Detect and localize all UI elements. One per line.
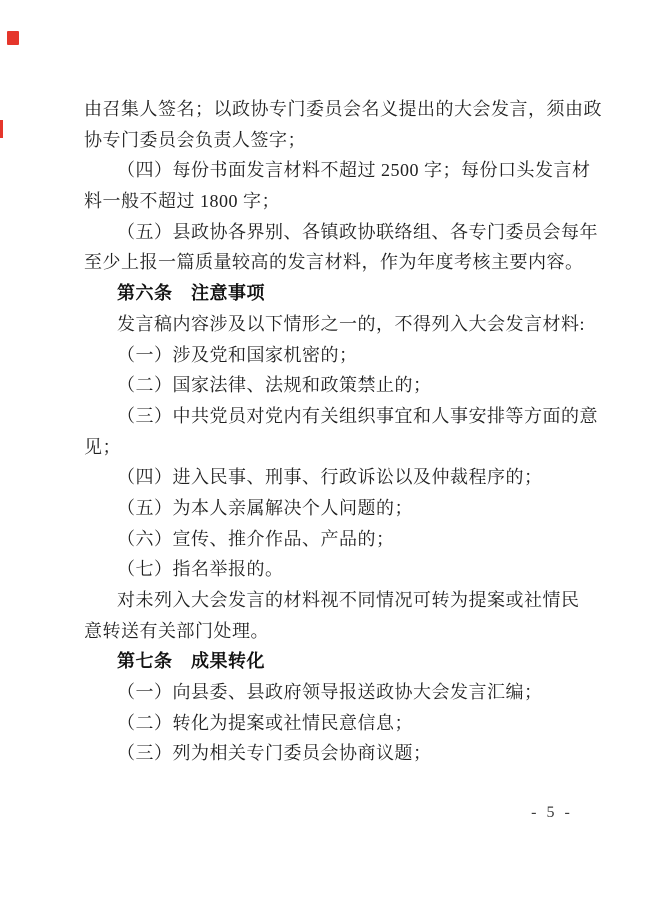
body-line: （四）进入民事、刑事、行政诉讼以及仲裁程序的； xyxy=(84,462,624,493)
red-edge-mark xyxy=(0,120,3,138)
body-line: （一）涉及党和国家机密的； xyxy=(84,340,624,371)
document-text-block: 由召集人签名；以政协专门委员会名义提出的大会发言，须由政协专门委员会负责人签字；… xyxy=(84,94,624,769)
body-line: （五）县政协各界别、各镇政协联络组、各专门委员会每年 xyxy=(84,217,624,248)
body-line: （三）中共党员对党内有关组织事宜和人事安排等方面的意 xyxy=(84,401,624,432)
body-line: （二）国家法律、法规和政策禁止的； xyxy=(84,370,624,401)
body-line: （二）转化为提案或社情民意信息； xyxy=(84,708,624,739)
body-line: 协专门委员会负责人签字； xyxy=(84,125,624,156)
body-line: 见； xyxy=(84,432,624,463)
body-line: （六）宣传、推介作品、产品的； xyxy=(84,524,624,555)
body-line: （五）为本人亲属解决个人问题的； xyxy=(84,493,624,524)
page-number: - 5 - xyxy=(520,804,584,822)
red-stamp-mark xyxy=(7,31,19,45)
body-line: 意转送有关部门处理。 xyxy=(84,616,624,647)
section-heading: 第七条 成果转化 xyxy=(84,646,624,677)
body-line: （一）向县委、县政府领导报送政协大会发言汇编； xyxy=(84,677,624,708)
body-line: 至少上报一篇质量较高的发言材料，作为年度考核主要内容。 xyxy=(84,247,624,278)
body-line: 料一般不超过 1800 字； xyxy=(84,186,624,217)
body-line: 由召集人签名；以政协专门委员会名义提出的大会发言，须由政 xyxy=(84,94,624,125)
body-line: （三）列为相关专门委员会协商议题； xyxy=(84,738,624,769)
section-heading: 第六条 注意事项 xyxy=(84,278,624,309)
document-page: 由召集人签名；以政协专门委员会名义提出的大会发言，须由政协专门委员会负责人签字；… xyxy=(0,0,648,902)
body-line: 发言稿内容涉及以下情形之一的，不得列入大会发言材料: xyxy=(84,309,624,340)
body-line: 对未列入大会发言的材料视不同情况可转为提案或社情民 xyxy=(84,585,624,616)
body-line: （四）每份书面发言材料不超过 2500 字；每份口头发言材 xyxy=(84,155,624,186)
body-line: （七）指名举报的。 xyxy=(84,554,624,585)
